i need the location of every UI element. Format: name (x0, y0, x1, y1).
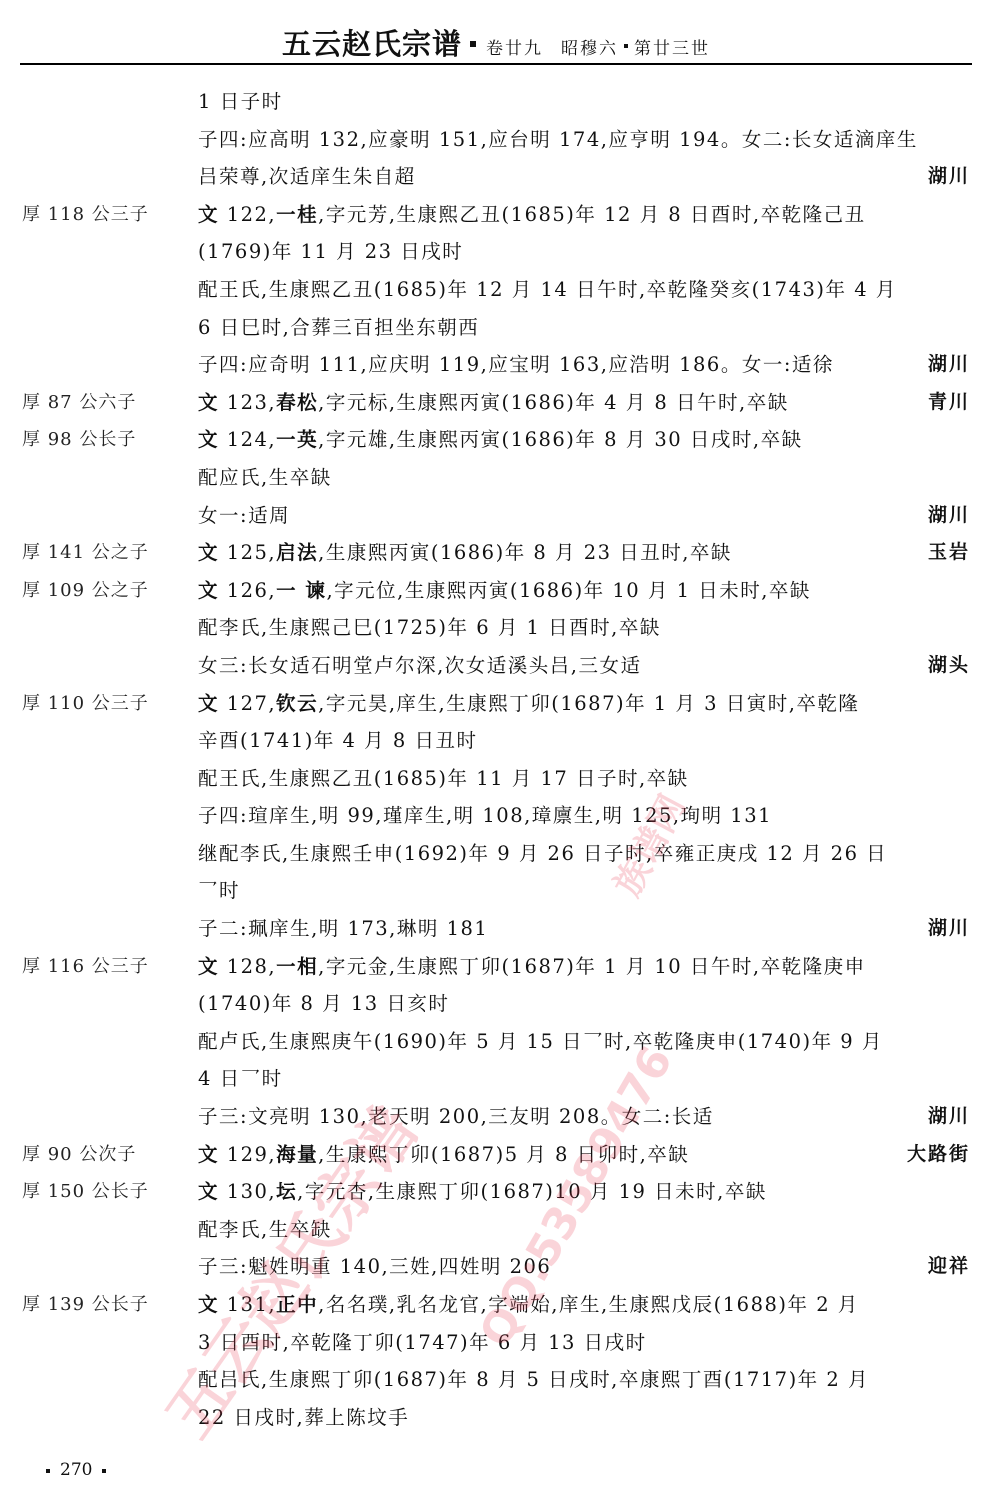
entry-text: 4 日乛时 (198, 1060, 283, 1098)
lineage-label: 厚 116 公三子 (22, 948, 149, 986)
entry-line: 厚 118 公三子文 122,一桂,字元芳,生康熙乙丑(1685)年 12 月 … (0, 196, 992, 234)
continuation-line: 6 日巳时,合葬三百担坐东朝西 (0, 309, 992, 347)
generation-label: 第廿三世 (634, 39, 710, 59)
entry-text: 文 124,一英,字元雄,生康熙丙寅(1686)年 8 月 30 日戌时,卒缺 (198, 421, 803, 459)
entry-text: 文 125,启法,生康熙丙寅(1686)年 8 月 23 日丑时,卒缺 (198, 534, 732, 572)
continuation-line: 乛时 (0, 872, 992, 910)
continuation-line: 1 日子时 (0, 83, 992, 121)
entry-line: 厚 150 公长子文 130,坛,字元杏,生康熙丁卯(1687)10 月 19 … (0, 1173, 992, 1211)
entry-line: 厚 87 公六子文 123,春松,字元标,生康熙丙寅(1686)年 4 月 8 … (0, 384, 992, 422)
entry-line: 厚 109 公之子文 126,一 谏,字元位,生康熙丙寅(1686)年 10 月… (0, 572, 992, 610)
entry-text: 女一:适周 (198, 497, 290, 535)
entry-text: 配吕氏,生康熙丁卯(1687)年 8 月 5 日戌时,卒康熙丁酉(1717)年 … (198, 1361, 869, 1399)
lineage-label: 厚 87 公六子 (22, 384, 136, 422)
entry-text: 配李氏,生康熙己巳(1725)年 6 月 1 日酉时,卒缺 (198, 609, 661, 647)
continuation-line: 继配李氏,生康熙壬申(1692)年 9 月 26 日子时,卒雍正庚戌 12 月 … (0, 835, 992, 873)
person-name: 海量 (276, 1143, 318, 1166)
entry-details: ,字元雄,生康熙丙寅(1686)年 8 月 30 日戌时,卒缺 (318, 428, 802, 451)
entry-text: 子四:应奇明 111,应庆明 119,应宝明 163,应浩明 186。女一:适徐 (198, 346, 834, 384)
place-name: 湖川 (928, 497, 970, 535)
place-name: 湖川 (928, 910, 970, 948)
entry-details: ,字元金,生康熙丁卯(1687)年 1 月 10 日午时,卒乾隆庚申 (318, 955, 865, 978)
entry-text: 继配李氏,生康熙壬申(1692)年 9 月 26 日子时,卒雍正庚戌 12 月 … (198, 835, 887, 873)
entry-text: 子三:文亮明 130,老天明 200,三友明 208。女二:长适 (198, 1098, 714, 1136)
entry-text: 子四:瑄庠生,明 99,瑾庠生,明 108,璋廪生,明 125,珣明 131 (198, 797, 772, 835)
entry-details: ,生康熙丁卯(1687)5 月 8 日卯时,卒缺 (318, 1143, 689, 1166)
continuation-line: 3 日酉时,卒乾隆丁卯(1747)年 6 月 13 日戌时 (0, 1324, 992, 1362)
lineage-label: 厚 98 公长子 (22, 421, 136, 459)
continuation-line: 吕荣尊,次适庠生朱自超湖川 (0, 158, 992, 196)
entry-text: 配王氏,生康熙乙丑(1685)年 11 月 17 日子时,卒缺 (198, 760, 689, 798)
place-name: 大路街 (907, 1136, 970, 1174)
continuation-line: 子四:应高明 132,应豪明 151,应台明 174,应亨明 194。女二:长女… (0, 121, 992, 159)
entry-text: 吕荣尊,次适庠生朱自超 (198, 158, 416, 196)
continuation-line: 配李氏,生康熙己巳(1725)年 6 月 1 日酉时,卒缺 (0, 609, 992, 647)
place-name: 迎祥 (928, 1248, 970, 1286)
continuation-line: 子四:瑄庠生,明 99,瑾庠生,明 108,璋廪生,明 125,珣明 131 (0, 797, 992, 835)
entry-text: 文 128,一相,字元金,生康熙丁卯(1687)年 1 月 10 日午时,卒乾隆… (198, 948, 866, 986)
entry-text: 女三:长女适石明堂卢尔深,次女适溪头吕,三女适 (198, 647, 641, 685)
lineage-label: 厚 110 公三子 (22, 685, 149, 723)
volume-label: 卷廿九 (486, 39, 543, 59)
continuation-line: 子三:魁姓明重 140,三姓,四姓明 206迎祥 (0, 1248, 992, 1286)
entry-text: 文 123,春松,字元标,生康熙丙寅(1686)年 4 月 8 日午时,卒缺 (198, 384, 789, 422)
entry-text: 乛时 (198, 872, 240, 910)
page-number: 270 (36, 1460, 116, 1480)
continuation-line: 4 日乛时 (0, 1060, 992, 1098)
entry-details: ,字元标,生康熙丙寅(1686)年 4 月 8 日午时,卒缺 (318, 391, 789, 414)
separator-dot-icon (624, 44, 628, 48)
entry-text: 文 130,坛,字元杏,生康熙丁卯(1687)10 月 19 日未时,卒缺 (198, 1173, 767, 1211)
entry-text: 文 122,一桂,字元芳,生康熙乙丑(1685)年 12 月 8 日酉时,卒乾隆… (198, 196, 866, 234)
continuation-line: 子三:文亮明 130,老天明 200,三友明 208。女二:长适湖川 (0, 1098, 992, 1136)
lineage-label: 厚 141 公之子 (22, 534, 149, 572)
entry-details: ,字元杏,生康熙丁卯(1687)10 月 19 日未时,卒缺 (297, 1180, 767, 1203)
person-name: 一相 (276, 955, 318, 978)
lineage-label: 厚 139 公长子 (22, 1286, 149, 1324)
place-name: 湖头 (928, 647, 970, 685)
place-name: 湖川 (928, 1098, 970, 1136)
lineage-label: 厚 109 公之子 (22, 572, 149, 610)
entry-text: 文 126,一 谏,字元位,生康熙丙寅(1686)年 10 月 1 日未时,卒缺 (198, 572, 811, 610)
section-label: 昭穆六 (561, 39, 618, 59)
person-name: 钦云 (276, 692, 318, 715)
entry-text: 配李氏,生卒缺 (198, 1211, 332, 1249)
continuation-line: 配应氏,生卒缺 (0, 459, 992, 497)
genealogy-content: 1 日子时子四:应高明 132,应豪明 151,应台明 174,应亨明 194。… (0, 83, 992, 1436)
person-name: 坛 (276, 1180, 297, 1203)
entry-text: 配卢氏,生康熙庚午(1690)年 5 月 15 日乛时,卒乾隆庚申(1740)年… (198, 1023, 883, 1061)
entry-details: ,字元位,生康熙丙寅(1686)年 10 月 1 日未时,卒缺 (326, 579, 810, 602)
entry-text: (1740)年 8 月 13 日亥时 (198, 985, 449, 1023)
entry-text: 子二:珮庠生,明 173,琳明 181 (198, 910, 488, 948)
page-header: 五云赵氏宗谱卷廿九昭穆六第廿三世 (0, 22, 992, 62)
lineage-label: 厚 118 公三子 (22, 196, 149, 234)
entry-text: 22 日戌时,葬上陈坟手 (198, 1399, 409, 1437)
entry-details: ,生康熙丙寅(1686)年 8 月 23 日丑时,卒缺 (318, 541, 732, 564)
person-name: 一桂 (276, 203, 318, 226)
continuation-line: 配王氏,生康熙乙丑(1685)年 12 月 14 日午时,卒乾隆癸亥(1743)… (0, 271, 992, 309)
place-name: 湖川 (928, 158, 970, 196)
entry-text: 配应氏,生卒缺 (198, 459, 332, 497)
page-number-value: 270 (60, 1460, 92, 1480)
entry-line: 厚 116 公三子文 128,一相,字元金,生康熙丁卯(1687)年 1 月 1… (0, 948, 992, 986)
continuation-line: (1740)年 8 月 13 日亥时 (0, 985, 992, 1023)
continuation-line: 配王氏,生康熙乙丑(1685)年 11 月 17 日子时,卒缺 (0, 760, 992, 798)
page-dot-icon (102, 1469, 106, 1473)
entry-text: 辛酉(1741)年 4 月 8 日丑时 (198, 722, 477, 760)
continuation-line: 女一:适周湖川 (0, 497, 992, 535)
continuation-line: 子二:珮庠生,明 173,琳明 181湖川 (0, 910, 992, 948)
lineage-label: 厚 150 公长子 (22, 1173, 149, 1211)
entry-text: 子三:魁姓明重 140,三姓,四姓明 206 (198, 1248, 551, 1286)
continuation-line: 辛酉(1741)年 4 月 8 日丑时 (0, 722, 992, 760)
person-name: 一 谏 (276, 579, 326, 602)
continuation-line: 配吕氏,生康熙丁卯(1687)年 8 月 5 日戌时,卒康熙丁酉(1717)年 … (0, 1361, 992, 1399)
entry-text: (1769)年 11 月 23 日戌时 (198, 233, 463, 271)
continuation-line: (1769)年 11 月 23 日戌时 (0, 233, 992, 271)
book-title: 五云赵氏宗谱 (282, 27, 462, 61)
continuation-line: 子四:应奇明 111,应庆明 119,应宝明 163,应浩明 186。女一:适徐… (0, 346, 992, 384)
place-name: 玉岩 (928, 534, 970, 572)
entry-text: 文 129,海量,生康熙丁卯(1687)5 月 8 日卯时,卒缺 (198, 1136, 689, 1174)
entry-text: 3 日酉时,卒乾隆丁卯(1747)年 6 月 13 日戌时 (198, 1324, 647, 1362)
continuation-line: 22 日戌时,葬上陈坟手 (0, 1399, 992, 1437)
entry-text: 文 131,正中,名名璞,乳名龙官,字端始,庠生,生康熙戊辰(1688)年 2 … (198, 1286, 859, 1324)
entry-text: 6 日巳时,合葬三百担坐东朝西 (198, 309, 479, 347)
entry-line: 厚 98 公长子文 124,一英,字元雄,生康熙丙寅(1686)年 8 月 30… (0, 421, 992, 459)
entry-details: ,名名璞,乳名龙官,字端始,庠生,生康熙戊辰(1688)年 2 月 (318, 1293, 859, 1316)
lineage-label: 厚 90 公次子 (22, 1136, 136, 1174)
entry-line: 厚 141 公之子文 125,启法,生康熙丙寅(1686)年 8 月 23 日丑… (0, 534, 992, 572)
continuation-line: 配卢氏,生康熙庚午(1690)年 5 月 15 日乛时,卒乾隆庚申(1740)年… (0, 1023, 992, 1061)
entry-text: 1 日子时 (198, 83, 283, 121)
separator-dot-icon (470, 41, 476, 47)
entry-line: 厚 90 公次子文 129,海量,生康熙丁卯(1687)5 月 8 日卯时,卒缺… (0, 1136, 992, 1174)
entry-text: 配王氏,生康熙乙丑(1685)年 12 月 14 日午时,卒乾隆癸亥(1743)… (198, 271, 897, 309)
entry-text: 子四:应高明 132,应豪明 151,应台明 174,应亨明 194。女二:长女… (198, 121, 918, 159)
person-name: 一英 (276, 428, 318, 451)
entry-line: 厚 110 公三子文 127,钦云,字元昊,庠生,生康熙丁卯(1687)年 1 … (0, 685, 992, 723)
entry-details: ,字元昊,庠生,生康熙丁卯(1687)年 1 月 3 日寅时,卒乾隆 (318, 692, 859, 715)
continuation-line: 女三:长女适石明堂卢尔深,次女适溪头吕,三女适湖头 (0, 647, 992, 685)
entry-details: ,字元芳,生康熙乙丑(1685)年 12 月 8 日酉时,卒乾隆己丑 (318, 203, 865, 226)
person-name: 正中 (276, 1293, 318, 1316)
entry-text: 文 127,钦云,字元昊,庠生,生康熙丁卯(1687)年 1 月 3 日寅时,卒… (198, 685, 859, 723)
entry-line: 厚 139 公长子文 131,正中,名名璞,乳名龙官,字端始,庠生,生康熙戊辰(… (0, 1286, 992, 1324)
page-dot-icon (46, 1469, 50, 1473)
person-name: 春松 (276, 391, 318, 414)
person-name: 启法 (276, 541, 318, 564)
header-rule (20, 63, 972, 65)
place-name: 青川 (928, 384, 970, 422)
continuation-line: 配李氏,生卒缺 (0, 1211, 992, 1249)
place-name: 湖川 (928, 346, 970, 384)
